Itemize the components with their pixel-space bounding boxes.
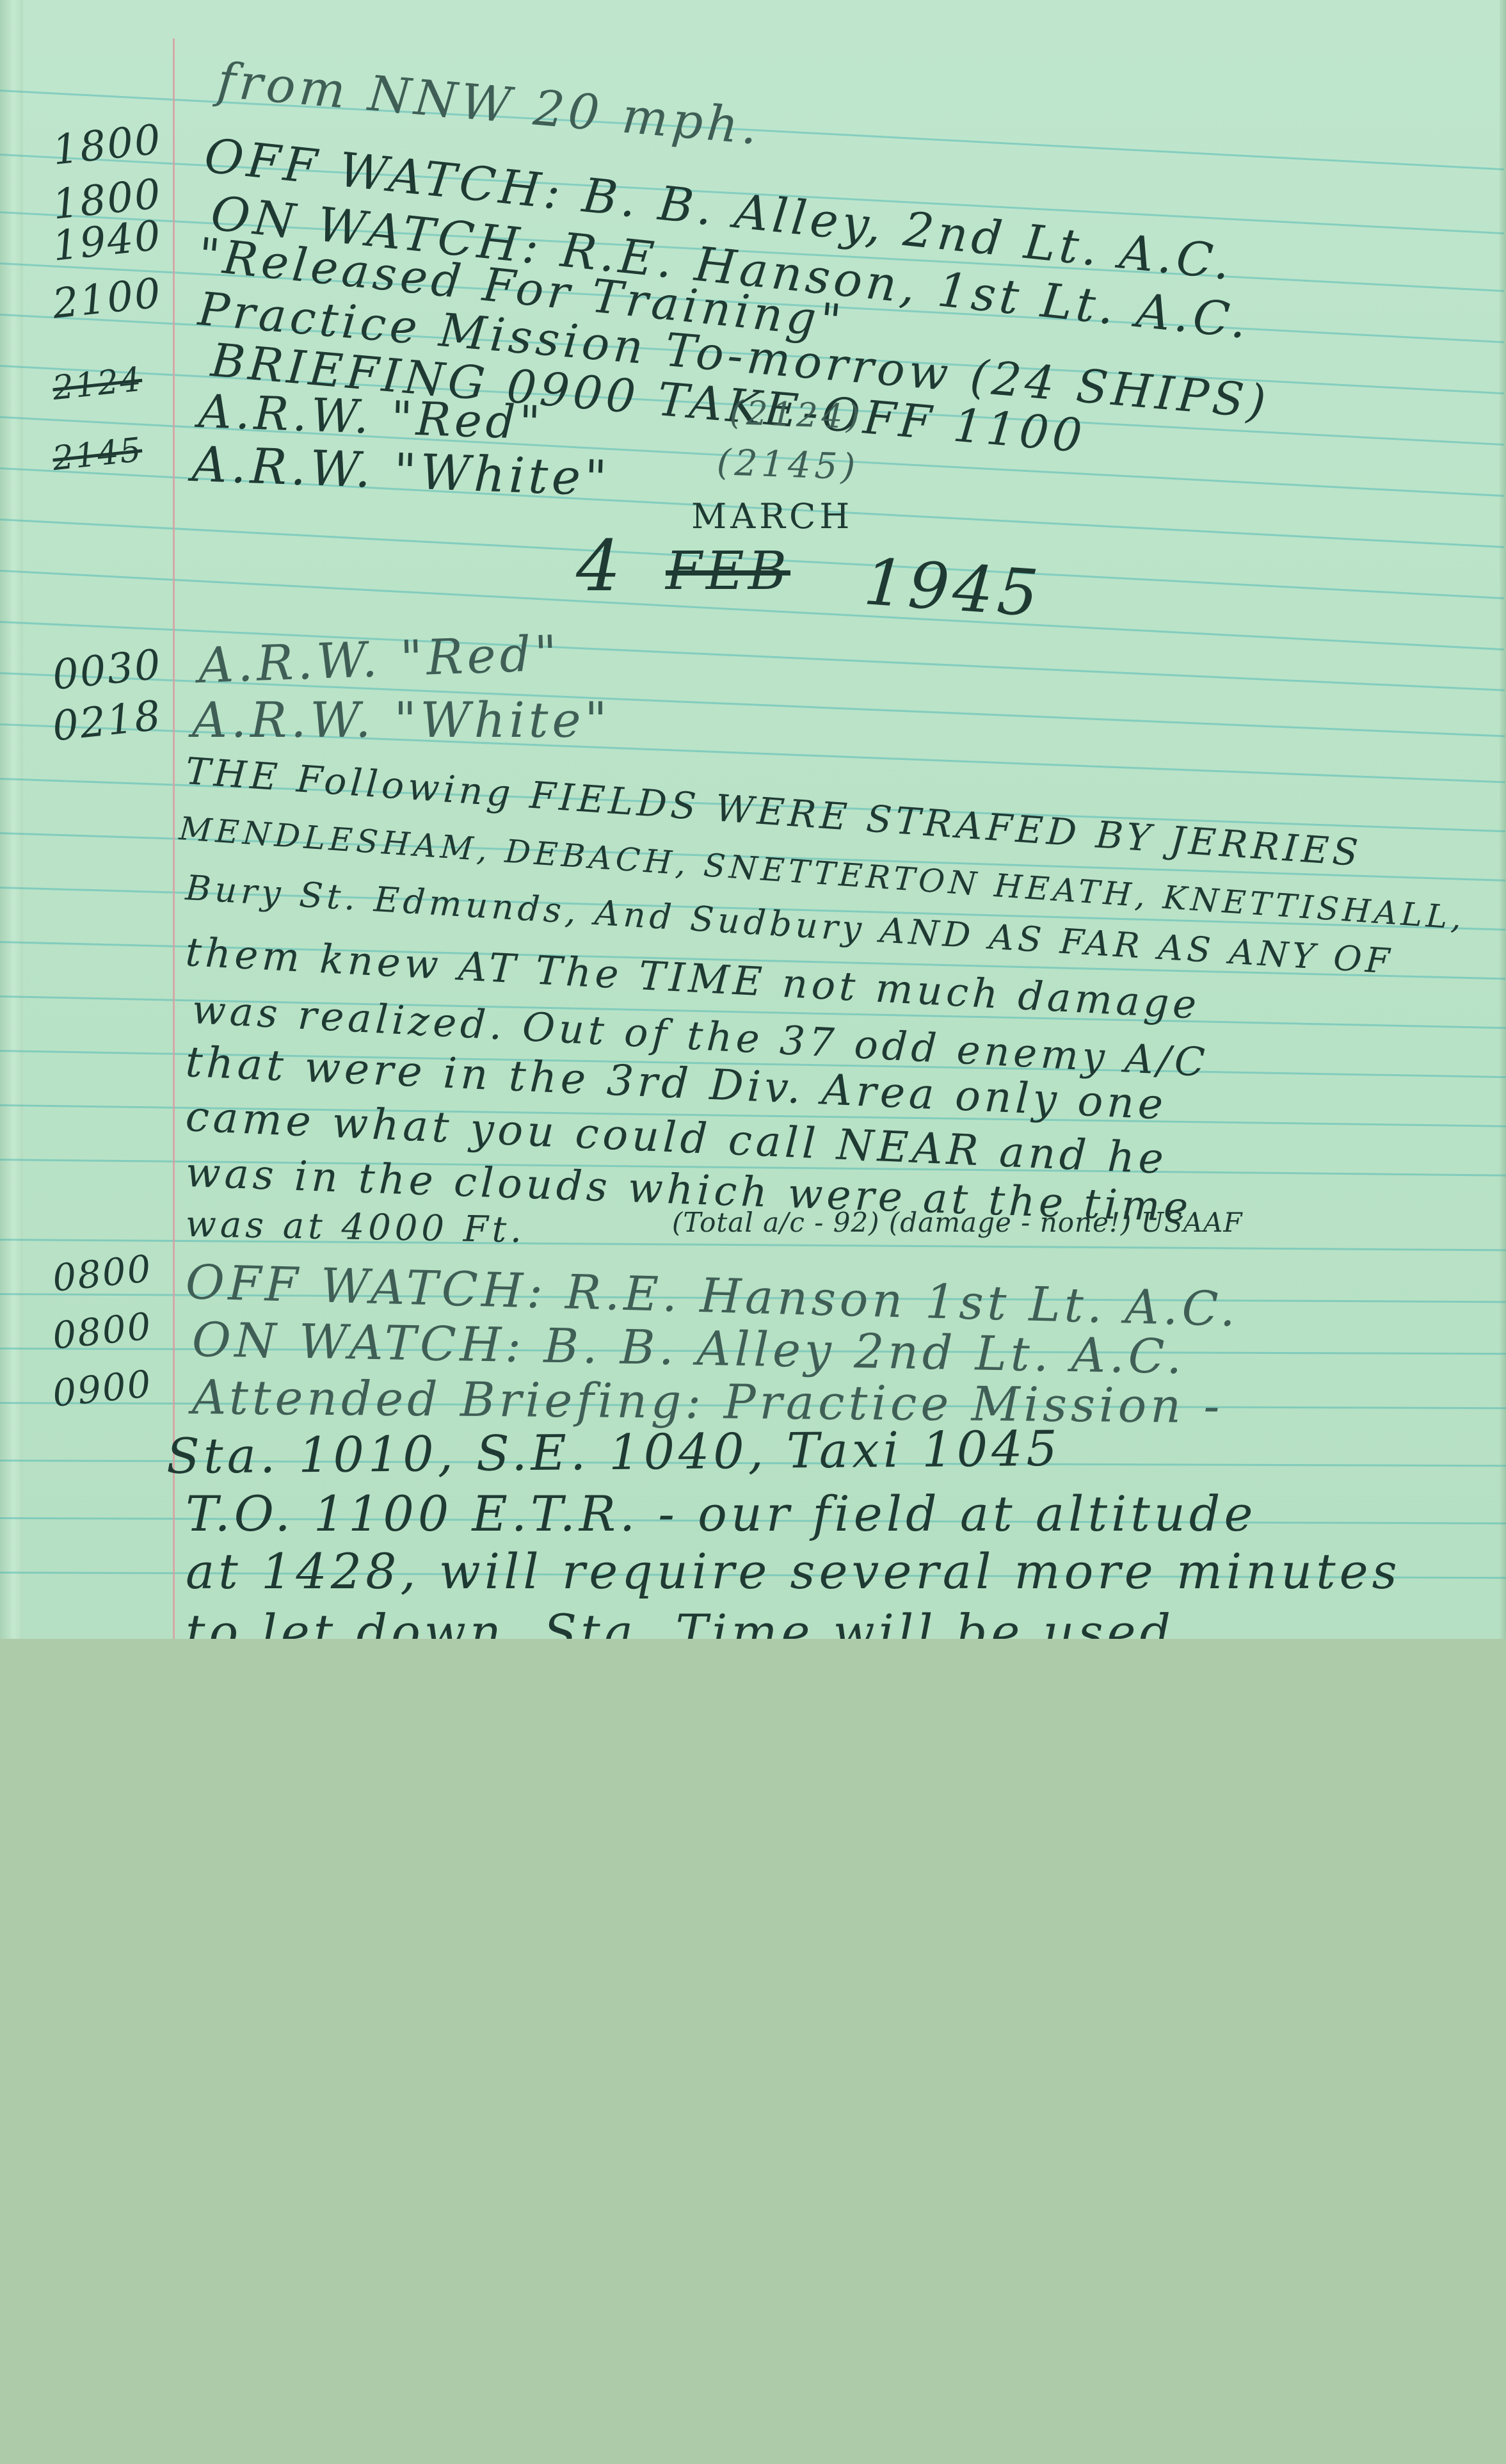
log-line: T.O. 1100 E.T.R. - our field at altitude	[186, 1485, 1256, 1542]
log-time: 0030	[51, 641, 164, 699]
log-time: 2145	[51, 431, 144, 478]
date-year: 1945	[861, 544, 1045, 631]
date-day: 4	[576, 525, 625, 607]
empty-background	[0, 1639, 1506, 2464]
log-note: (2124)	[729, 394, 864, 437]
margin-line	[173, 38, 175, 1639]
log-line: A.R.W. "White"	[192, 691, 611, 748]
log-line: to let down. Sta. Time will be used	[186, 1604, 1174, 1639]
log-time: 0800	[51, 1246, 154, 1300]
log-note: (Total a/c - 92) (damage - none!) USAAF	[672, 1207, 1243, 1238]
log-time: 1800	[51, 116, 164, 174]
notebook-page: from NNW 20 mph. 1800 OFF WATCH: B. B. A…	[0, 0, 1506, 1639]
log-line: at 1428, will require several more minut…	[186, 1543, 1401, 1600]
log-note: (2145)	[716, 442, 860, 488]
log-time: 0218	[51, 692, 164, 750]
log-time: 2124	[51, 360, 144, 408]
date-month-struck: FEB	[666, 541, 790, 602]
log-time: 0900	[51, 1362, 154, 1415]
page-binding-fold	[0, 0, 23, 1639]
log-line: Sta. 1010, S.E. 1040, Taxi 1045	[166, 1420, 1062, 1485]
log-line: A.R.W. "Red"	[197, 624, 561, 694]
date-month-inserted: MARCH	[691, 496, 853, 536]
log-line: was at 4000 Ft.	[185, 1204, 525, 1251]
page-right-edge	[1500, 0, 1506, 1639]
log-time: 2100	[51, 270, 164, 328]
